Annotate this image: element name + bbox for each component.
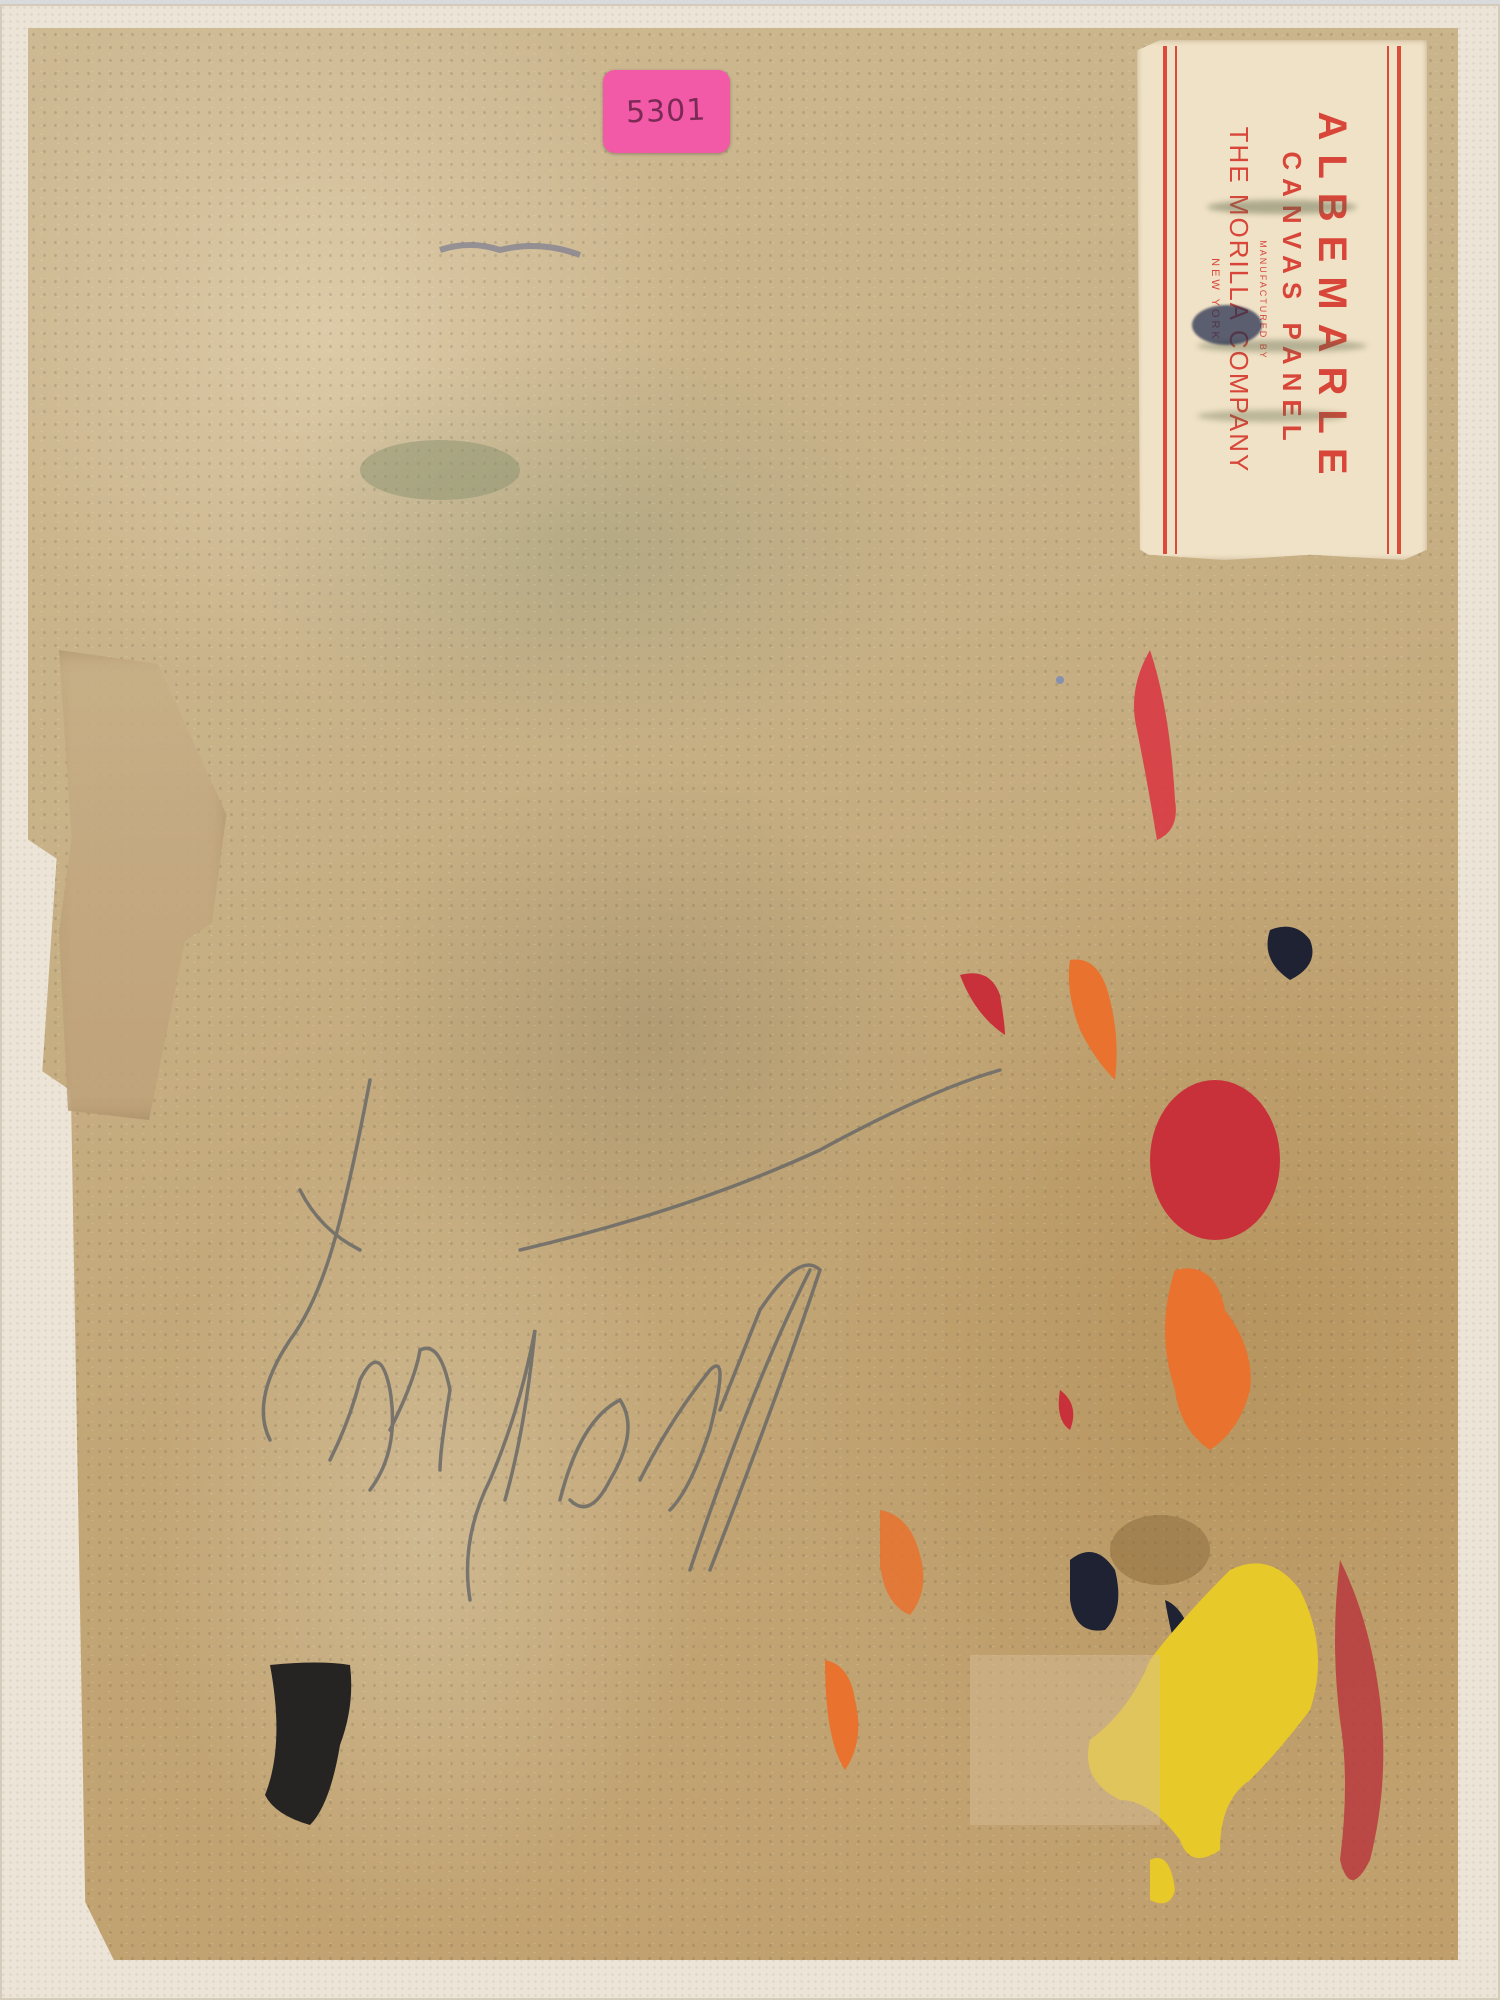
label-brand: ALBEMARLE [1310, 111, 1355, 488]
inventory-number: 5301 [626, 93, 708, 131]
label-smudge [1207, 200, 1357, 214]
manufacturer-label: ALBEMARLE CANVAS PANEL MANUFACTURED BY T… [1137, 40, 1427, 560]
label-rule-right [1397, 46, 1401, 554]
label-product: CANVAS PANEL [1277, 151, 1308, 448]
label-rule-left [1163, 46, 1167, 554]
label-text-block: ALBEMARLE CANVAS PANEL MANUFACTURED BY T… [1172, 60, 1392, 540]
dark-paint-blot [1192, 305, 1262, 345]
inventory-sticker: 5301 [603, 70, 730, 153]
label-smudge [1197, 410, 1347, 422]
